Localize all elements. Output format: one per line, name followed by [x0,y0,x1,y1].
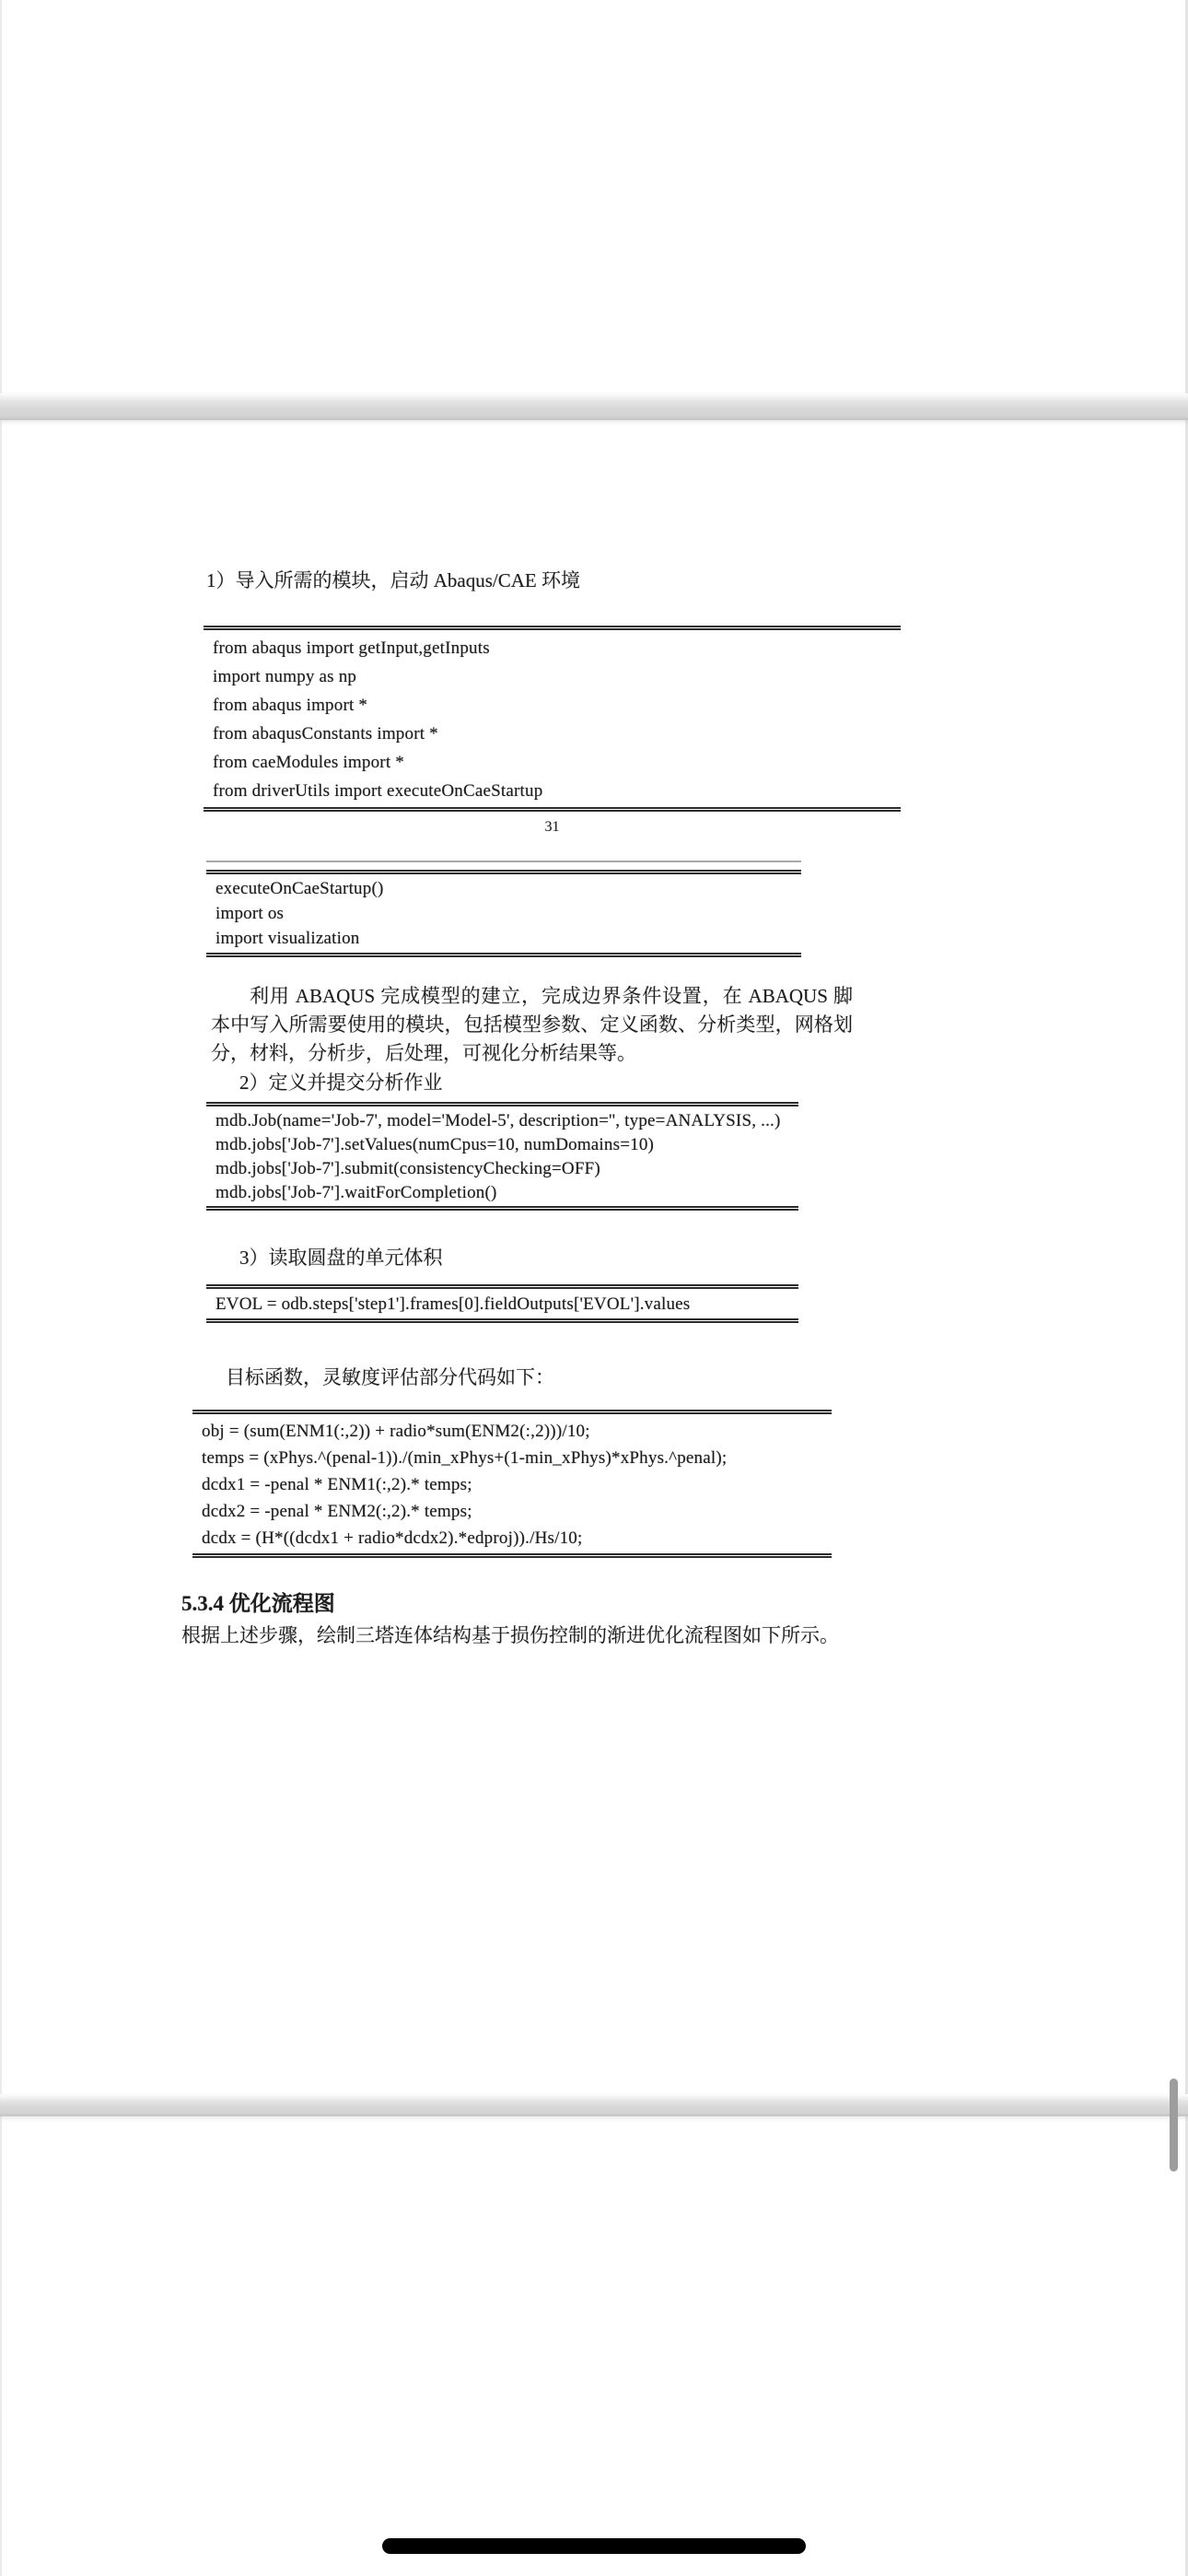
code-block-startup: executeOnCaeStartup() import os import v… [206,870,801,957]
section-paragraph: 根据上述步骤，绘制三塔连体结构基于损伤控制的渐进优化流程图如下所示。 [181,1621,1185,1650]
scrollbar-thumb[interactable] [1170,2078,1178,2172]
code-line: from driverUtils import executeOnCaeStar… [213,777,901,805]
paragraph-abaqus-modules: 利用 ABAQUS 完成模型的建立，完成边界条件设置，在 ABAQUS 脚本中写… [211,982,853,1068]
code-line: executeOnCaeStartup() [215,876,801,901]
page-number: 31 [204,816,901,838]
step1-label: 1）导入所需的模块，启动 Abaqus/CAE 环境 [206,567,1185,594]
code-line: import visualization [215,926,801,951]
page-separator-top [0,393,1188,420]
code-line: from abaqus import * [213,691,901,720]
code-block-job: mdb.Job(name='Job-7', model='Model-5', d… [206,1102,798,1211]
code-line: mdb.jobs['Job-7'].submit(consistencyChec… [215,1157,798,1181]
step3-label: 3）读取圆盘的单元体积 [239,1244,1185,1271]
page-next [0,2116,1188,2576]
code-line: mdb.jobs['Job-7'].setValues(numCpus=10, … [215,1133,798,1157]
code-line: temps = (xPhys.^(penal-1))./(min_xPhys+(… [202,1445,832,1471]
objective-label: 目标函数，灵敏度评估部分代码如下： [226,1364,1185,1391]
code-block-objective: obj = (sum(ENM1(:,2)) + radio*sum(ENM2(:… [192,1410,832,1558]
page-previous [0,0,1188,393]
code-line: import numpy as np [213,662,901,691]
code-line: dcdx1 = -penal * ENM1(:,2).* temps; [202,1471,832,1498]
code-block-evol: EVOL = odb.steps['step1'].frames[0].fiel… [206,1284,798,1323]
document-viewer[interactable]: 1）导入所需的模块，启动 Abaqus/CAE 环境 from abaqus i… [0,0,1188,2576]
page-break-rule [206,861,801,862]
code-line: dcdx2 = -penal * ENM2(:,2).* temps; [202,1498,832,1525]
code-line: from abaqus import getInput,getInputs [213,634,901,662]
code-line: from abaqusConstants import * [213,720,901,748]
code-line: dcdx = (H*((dcdx1 + radio*dcdx2).*edproj… [202,1525,832,1551]
code-line: import os [215,901,801,926]
code-line: EVOL = odb.steps['step1'].frames[0].fiel… [215,1292,798,1317]
step2-label: 2）定义并提交分析作业 [239,1069,1185,1096]
code-line: mdb.Job(name='Job-7', model='Model-5', d… [215,1109,798,1133]
code-line: from caeModules import * [213,748,901,777]
code-block-imports: from abaqus import getInput,getInputs im… [204,626,901,812]
code-line: obj = (sum(ENM1(:,2)) + radio*sum(ENM2(:… [202,1418,832,1445]
home-indicator[interactable] [382,2538,806,2554]
page-separator-bottom [0,2094,1188,2116]
page-main: 1）导入所需的模块，启动 Abaqus/CAE 环境 from abaqus i… [0,420,1188,2094]
code-line: mdb.jobs['Job-7'].waitForCompletion() [215,1181,798,1205]
section-heading-534: 5.3.4 优化流程图 [181,1589,1185,1619]
